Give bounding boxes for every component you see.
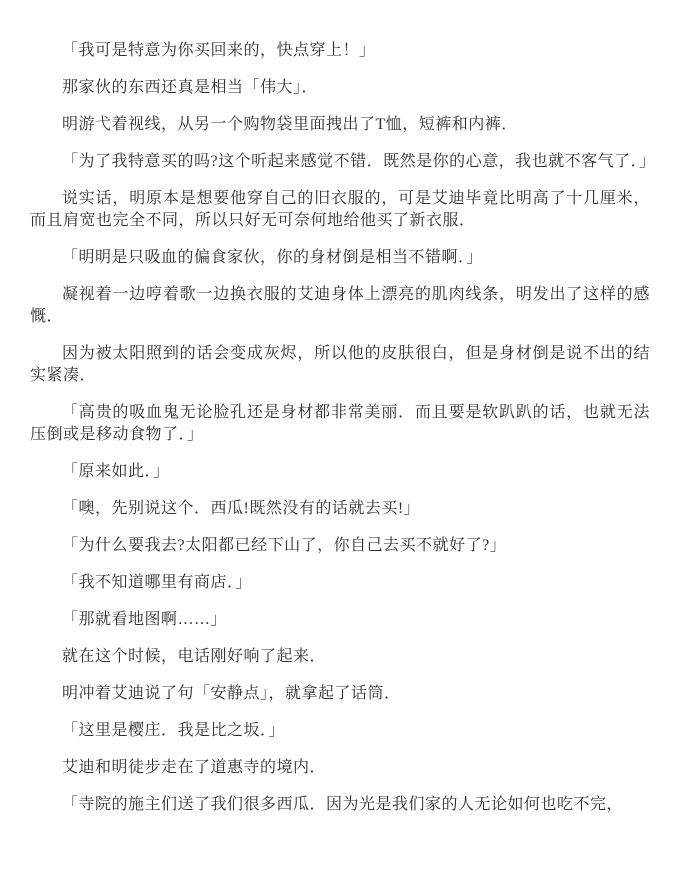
paragraph-dialogue: 「我可是特意为你买回来的，快点穿上！」 bbox=[30, 40, 650, 62]
paragraph-narration: 就在这个时候，电话刚好响了起来． bbox=[30, 646, 650, 668]
paragraph-dialogue: 「原来如此．」 bbox=[30, 461, 650, 483]
paragraph-narration: 凝视着一边哼着歌一边换衣服的艾迪身体上漂亮的肌肉线条，明发出了这样的感慨． bbox=[30, 284, 650, 328]
paragraph-dialogue: 「寺院的施主们送了我们很多西瓜．因为光是我们家的人无论如何也吃不完， bbox=[30, 794, 650, 816]
paragraph-dialogue: 「噢，先别说这个．西瓜!既然没有的话就去买!」 bbox=[30, 498, 650, 520]
paragraph-narration: 因为被太阳照到的话会变成灰烬，所以他的皮肤很白，但是身材倒是说不出的结实紧凑． bbox=[30, 343, 650, 387]
paragraph-dialogue: 「高贵的吸血鬼无论脸孔还是身材都非常美丽．而且要是软趴趴的话，也就无法压倒或是移… bbox=[30, 402, 650, 446]
paragraph-narration: 明冲着艾迪说了句「安静点」，就拿起了话筒． bbox=[30, 683, 650, 705]
paragraph-dialogue: 「我不知道哪里有商店．」 bbox=[30, 572, 650, 594]
paragraph-dialogue: 「为了我特意买的吗?这个听起来感觉不错．既然是你的心意，我也就不客气了．」 bbox=[30, 151, 650, 173]
paragraph-dialogue: 「明明是只吸血的偏食家伙，你的身材倒是相当不错啊．」 bbox=[30, 247, 650, 269]
paragraph-dialogue: 「那就看地图啊……」 bbox=[30, 609, 650, 631]
paragraph-dialogue: 「为什么要我去?太阳都已经下山了，你自己去买不就好了?」 bbox=[30, 535, 650, 557]
document-page: 「我可是特意为你买回来的，快点穿上！」 那家伙的东西还真是相当「伟大」． 明游弋… bbox=[0, 0, 680, 880]
paragraph-dialogue: 「这里是樱庄．我是比之坂．」 bbox=[30, 720, 650, 742]
paragraph-narration: 那家伙的东西还真是相当「伟大」． bbox=[30, 77, 650, 99]
paragraph-narration: 艾迪和明徒步走在了道惠寺的境内． bbox=[30, 757, 650, 779]
paragraph-narration: 明游弋着视线，从另一个购物袋里面拽出了T恤，短裤和内裤． bbox=[30, 114, 650, 136]
paragraph-narration: 说实话，明原本是想要他穿自己的旧衣服的，可是艾迪毕竟比明高了十几厘米，而且肩宽也… bbox=[30, 188, 650, 232]
